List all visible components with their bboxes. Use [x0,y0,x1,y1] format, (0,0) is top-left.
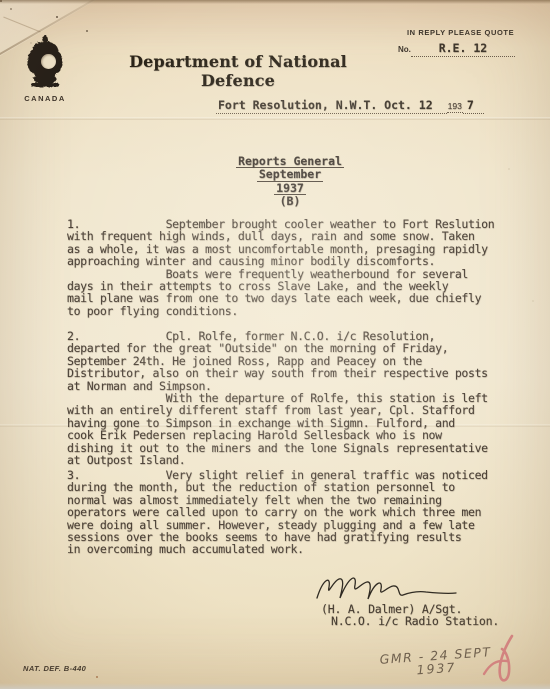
title-line-4: (B) [190,195,390,207]
title-line-2: September [190,168,390,181]
body-paragraph-1: 1. September brought cooler weather to F… [67,218,517,317]
dateline-preprinted-year: 193 [447,101,463,113]
handwritten-signature-icon [312,571,460,606]
file-number-value: R.E. 12 [411,41,515,57]
reply-quote-label: IN REPLY PLEASE QUOTE [407,28,514,37]
country-label: CANADA [15,94,75,103]
file-number-label: No. [398,45,411,54]
red-pencil-check-mark-icon [477,633,523,687]
scan-edge-top [0,0,550,4]
body-paragraph-2: 2. Cpl. Rolfe, former N.C.O. i/c Resolut… [67,330,517,466]
punch-hole [41,54,56,69]
dateline: Fort Resolution, N.W.T. Oct. 12 193 7 [216,98,484,114]
signer-title-line: N.C.O. i/c Radio Station. [331,614,499,628]
body-paragraph-3: 3. Very slight relief in general traffic… [67,469,517,556]
form-number: NAT. DEF. B-440 [23,664,86,673]
handwritten-pencil-note: GMR - 24 SEPT 1937 [379,644,493,680]
scanned-letter-page: CANADA Department of National Defence IN… [0,0,550,689]
department-letterhead: Department of National Defence [118,52,358,90]
file-number-line: No. R.E. 12 [398,41,515,57]
dateline-typed-year-digit: 7 [463,98,484,114]
scan-edge-bottom [0,683,550,689]
report-title-block: Reports General September 1937 (B) [190,155,390,208]
horizontal-fold-crease-top [0,117,550,120]
dateline-typed-text: Fort Resolution, N.W.T. Oct. 12 [216,98,447,114]
